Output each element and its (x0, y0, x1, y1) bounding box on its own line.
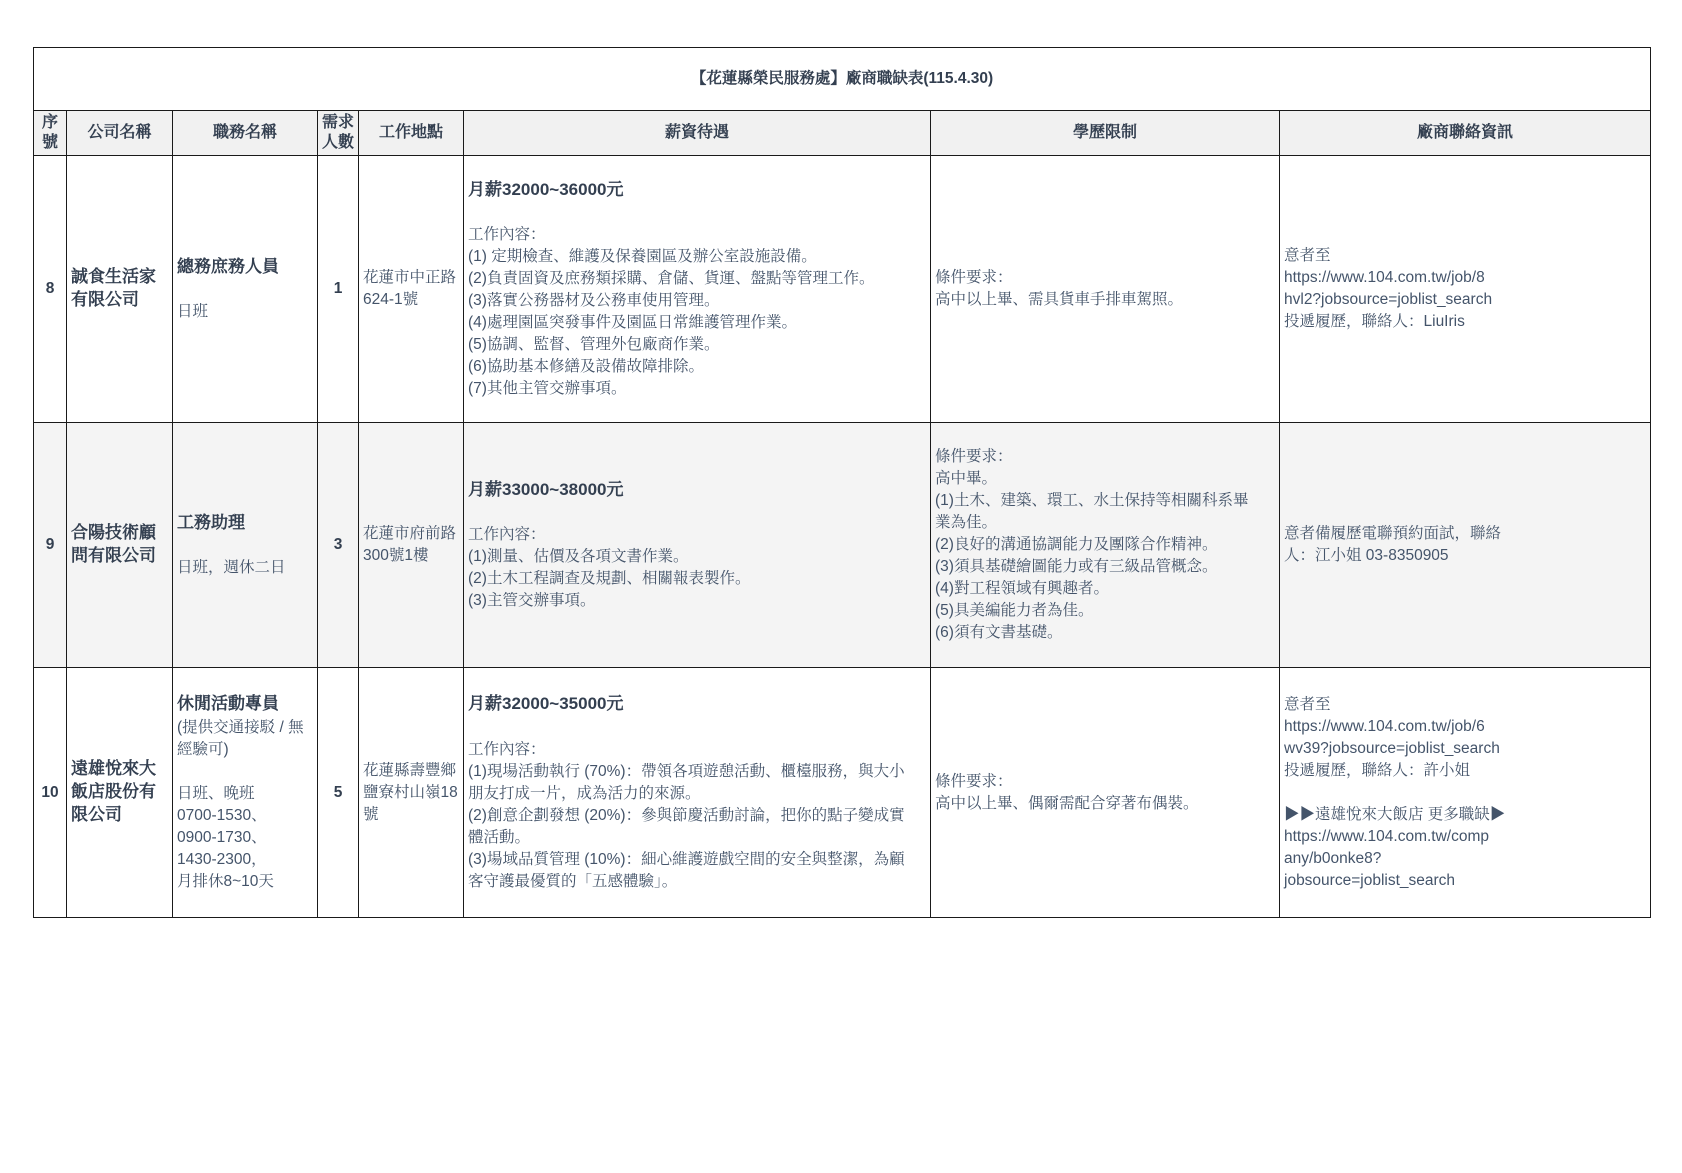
col-header-education: 學歷限制 (931, 111, 1280, 156)
headcount-cell: 5 (318, 668, 359, 918)
job-cell: 休閒活動專員 (提供交通接駁 / 無經驗可) 日班、晚班 0700-1530、 … (173, 668, 318, 918)
serial-cell: 10 (34, 668, 67, 918)
contact-cell: 意者至 https://www.104.com.tw/job/6 wv39?jo… (1280, 668, 1651, 918)
job-row: 10 遠雄悅來大飯店股份有限公司 休閒活動專員 (提供交通接駁 / 無經驗可) … (34, 668, 1651, 918)
salary-details: 工作內容： (1)測量、估價及各項文書作業。 (2)土木工程調查及規劃、相關報表… (468, 524, 926, 612)
contact-cell: 意者備履歷電聯預約面試，聯絡 人：江小姐 03-8350905 (1280, 423, 1651, 668)
company-name: 合陽技術顧問有限公司 (71, 522, 168, 568)
title-row: 【花蓮縣榮民服務處】廠商職缺表(115.4.30) (34, 48, 1651, 111)
location-cell: 花蓮市府前路300號1樓 (359, 423, 464, 668)
headcount-cell: 3 (318, 423, 359, 668)
salary-cell: 月薪32000~36000元 工作內容： (1) 定期檢查、維護及保養園區及辦公… (464, 156, 931, 423)
col-header-contact: 廠商聯絡資訊 (1280, 111, 1651, 156)
education-cell: 條件要求： 高中以上畢、偶爾需配合穿著布偶裝。 (931, 668, 1280, 918)
job-cell: 工務助理 日班，週休二日 (173, 423, 318, 668)
job-cell: 總務庶務人員 日班 (173, 156, 318, 423)
job-detail: 日班，週休二日 (177, 557, 313, 579)
col-header-location: 工作地點 (359, 111, 464, 156)
job-title: 休閒活動專員 (177, 692, 313, 716)
salary-details: 工作內容： (1)現場活動執行 (70%)：帶領各項遊憩活動、櫃檯服務，與大小 … (468, 739, 926, 893)
document-title: 【花蓮縣榮民服務處】廠商職缺表(115.4.30) (34, 48, 1651, 111)
company-name: 遠雄悅來大飯店股份有限公司 (71, 758, 168, 827)
salary-cell: 月薪32000~35000元 工作內容： (1)現場活動執行 (70%)：帶領各… (464, 668, 931, 918)
column-header-row: 序號 公司名稱 職務名稱 需求人數 工作地點 薪資待遇 學歷限制 廠商聯絡資訊 (34, 111, 1651, 156)
col-header-company: 公司名稱 (67, 111, 173, 156)
job-title: 總務庶務人員 (177, 255, 313, 279)
company-cell: 遠雄悅來大飯店股份有限公司 (67, 668, 173, 918)
serial-cell: 9 (34, 423, 67, 668)
col-header-salary: 薪資待遇 (464, 111, 931, 156)
education-cell: 條件要求： 高中以上畢、需具貨車手排車駕照。 (931, 156, 1280, 423)
salary-heading: 月薪32000~35000元 (468, 692, 926, 716)
col-header-job-title: 職務名稱 (173, 111, 318, 156)
col-header-headcount: 需求人數 (318, 111, 359, 156)
company-name: 誠食生活家有限公司 (71, 266, 168, 312)
job-row: 9 合陽技術顧問有限公司 工務助理 日班，週休二日 3 花蓮市府前路300號1樓… (34, 423, 1651, 668)
location-cell: 花蓮市中正路624-1號 (359, 156, 464, 423)
job-subtitle: (提供交通接駁 / 無經驗可) (177, 717, 313, 761)
vacancy-table: 【花蓮縣榮民服務處】廠商職缺表(115.4.30) 序號 公司名稱 職務名稱 需… (33, 47, 1651, 918)
col-header-serial: 序號 (34, 111, 67, 156)
contact-cell: 意者至 https://www.104.com.tw/job/8 hvl2?jo… (1280, 156, 1651, 423)
company-cell: 誠食生活家有限公司 (67, 156, 173, 423)
company-cell: 合陽技術顧問有限公司 (67, 423, 173, 668)
salary-heading: 月薪32000~36000元 (468, 178, 926, 202)
vacancy-sheet: 【花蓮縣榮民服務處】廠商職缺表(115.4.30) 序號 公司名稱 職務名稱 需… (33, 47, 1651, 918)
headcount-cell: 1 (318, 156, 359, 423)
education-cell: 條件要求： 高中畢。 (1)土木、建築、環工、水土保持等相關科系畢 業為佳。 (… (931, 423, 1280, 668)
document-page: 【花蓮縣榮民服務處】廠商職缺表(115.4.30) 序號 公司名稱 職務名稱 需… (0, 0, 1682, 1173)
salary-cell: 月薪33000~38000元 工作內容： (1)測量、估價及各項文書作業。 (2… (464, 423, 931, 668)
job-title: 工務助理 (177, 511, 313, 535)
job-detail: 日班 (177, 301, 313, 323)
salary-details: 工作內容： (1) 定期檢查、維護及保養園區及辦公室設施設備。 (2)負責固資及… (468, 224, 926, 400)
serial-cell: 8 (34, 156, 67, 423)
salary-heading: 月薪33000~38000元 (468, 478, 926, 502)
job-row: 8 誠食生活家有限公司 總務庶務人員 日班 1 花蓮市中正路624-1號 月薪3… (34, 156, 1651, 423)
job-detail: 日班、晚班 0700-1530、 0900-1730、 1430-2300， 月… (177, 783, 313, 893)
location-cell: 花蓮縣壽豐鄉鹽寮村山嶺18號 (359, 668, 464, 918)
